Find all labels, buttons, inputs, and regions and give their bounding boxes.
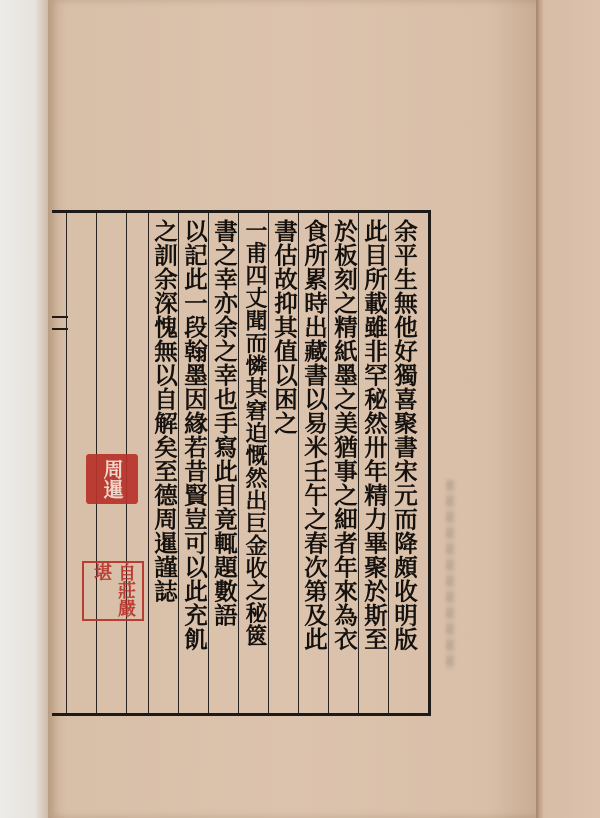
text-column-3: 於板刻之精紙墨之美猶事之細者年來為衣	[328, 213, 358, 713]
background-left-margin	[0, 0, 50, 818]
column-text: 於板刻之精紙墨之美猶事之細者年來為衣	[329, 219, 358, 651]
text-column-8: 以記此一段翰墨因緣若昔賢豈可以此充飢	[178, 213, 208, 713]
column-text: 之訓余深愧無以自解矣至德周暹謹誌	[149, 219, 178, 603]
column-text: 一甫四丈聞而憐其窘迫慨然出巨金收之秘篋	[239, 219, 268, 647]
column-text: 書之幸亦余之幸也手寫此目竟輒題數語	[209, 219, 238, 627]
red-seal-relief: 周暹	[86, 454, 138, 504]
show-through-text	[446, 480, 454, 670]
column-text: 此目所載雖非罕秘然卅年精力畢聚於斯至	[359, 219, 388, 651]
facing-page-edge	[538, 0, 600, 818]
column-text: 以記此一段翰墨因緣若昔賢豈可以此充飢	[179, 219, 208, 651]
blank-column-rule	[66, 213, 67, 713]
text-column-1: 余平生無他好獨喜聚書宋元而降頗收明版	[388, 213, 418, 713]
text-column-5: 書估故抑其值以困之	[268, 213, 298, 713]
column-text: 食所累時出藏書以易米壬午之春次第及此	[299, 219, 328, 651]
red-seal-outline: 自莊嚴堪	[82, 561, 144, 621]
text-column-7: 書之幸亦余之幸也手寫此目竟輒題數語	[208, 213, 238, 713]
seal-text: 周暹	[101, 459, 123, 499]
column-text: 余平生無他好獨喜聚書宋元而降頗收明版	[389, 219, 418, 651]
seal-text: 自莊嚴堪	[89, 563, 137, 619]
text-column-2: 此目所載雖非罕秘然卅年精力畢聚於斯至	[358, 213, 388, 713]
column-text: 書估故抑其值以困之	[269, 219, 298, 435]
text-column-4: 食所累時出藏書以易米壬午之春次第及此	[298, 213, 328, 713]
text-column-6: 一甫四丈聞而憐其窘迫慨然出巨金收之秘篋	[238, 213, 268, 713]
text-column-9: 之訓余深愧無以自解矣至德周暹謹誌	[148, 213, 178, 713]
